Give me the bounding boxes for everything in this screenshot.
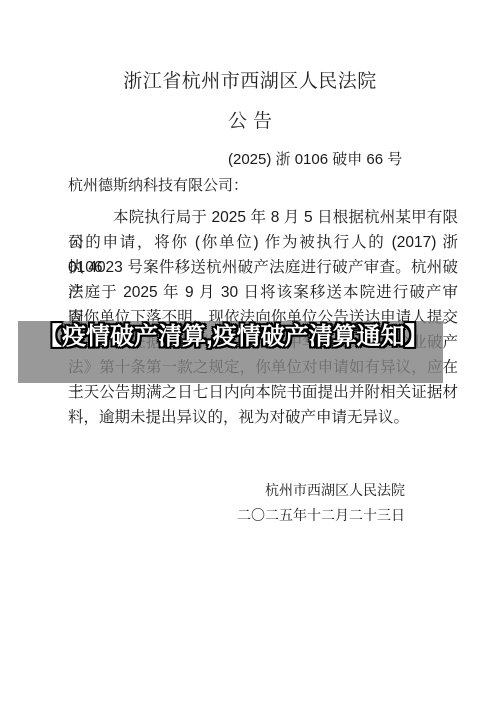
- body-line: 料，逾期未提出异议的，视为对破产申请无异议。: [68, 405, 458, 430]
- addressee-line: 杭州德斯纳科技有限公司：: [68, 174, 248, 195]
- body-line: 执 4023 号案件移送杭州破产法庭进行破产审查。杭州破产: [68, 255, 458, 280]
- court-name-heading: 浙江省杭州市西湖区人民法院: [0, 66, 500, 93]
- watermark-text: 【疫情破产清算,疫情破产清算通知】: [38, 323, 429, 350]
- body-line: 法庭于 2025 年 9 月 30 日将该案移送本院进行破产审查。: [68, 280, 458, 305]
- case-number: (2025) 浙 0106 破申 66 号: [228, 148, 402, 169]
- body-line: 司的申请，将你 (你单位) 作为被执行人的 (2017) 浙 0106: [68, 230, 458, 255]
- announcement-body: 本院执行局于 2025 年 8 月 5 日根据杭州某甲有限公 司的申请，将你 (…: [68, 205, 458, 430]
- watermark-overlay: 【疫情破产清算,疫情破产清算通知】: [18, 321, 443, 383]
- footer-date: 二〇二五年十二月二十三日: [237, 503, 405, 527]
- body-line: 本院执行局于 2025 年 8 月 5 日根据杭州某甲有限公: [68, 205, 458, 230]
- document-page: 浙江省杭州市西湖区人民法院 公 告 (2025) 浙 0106 破申 66 号 …: [0, 0, 500, 706]
- footer-signature: 杭州市西湖区人民法院 二〇二五年十二月二十三日: [237, 478, 405, 527]
- body-line: 十天公告期满之日七日内向本院书面提出并附相关证据材: [68, 380, 458, 405]
- footer-court-name: 杭州市西湖区人民法院: [237, 478, 405, 502]
- announcement-heading: 公 告: [0, 106, 500, 133]
